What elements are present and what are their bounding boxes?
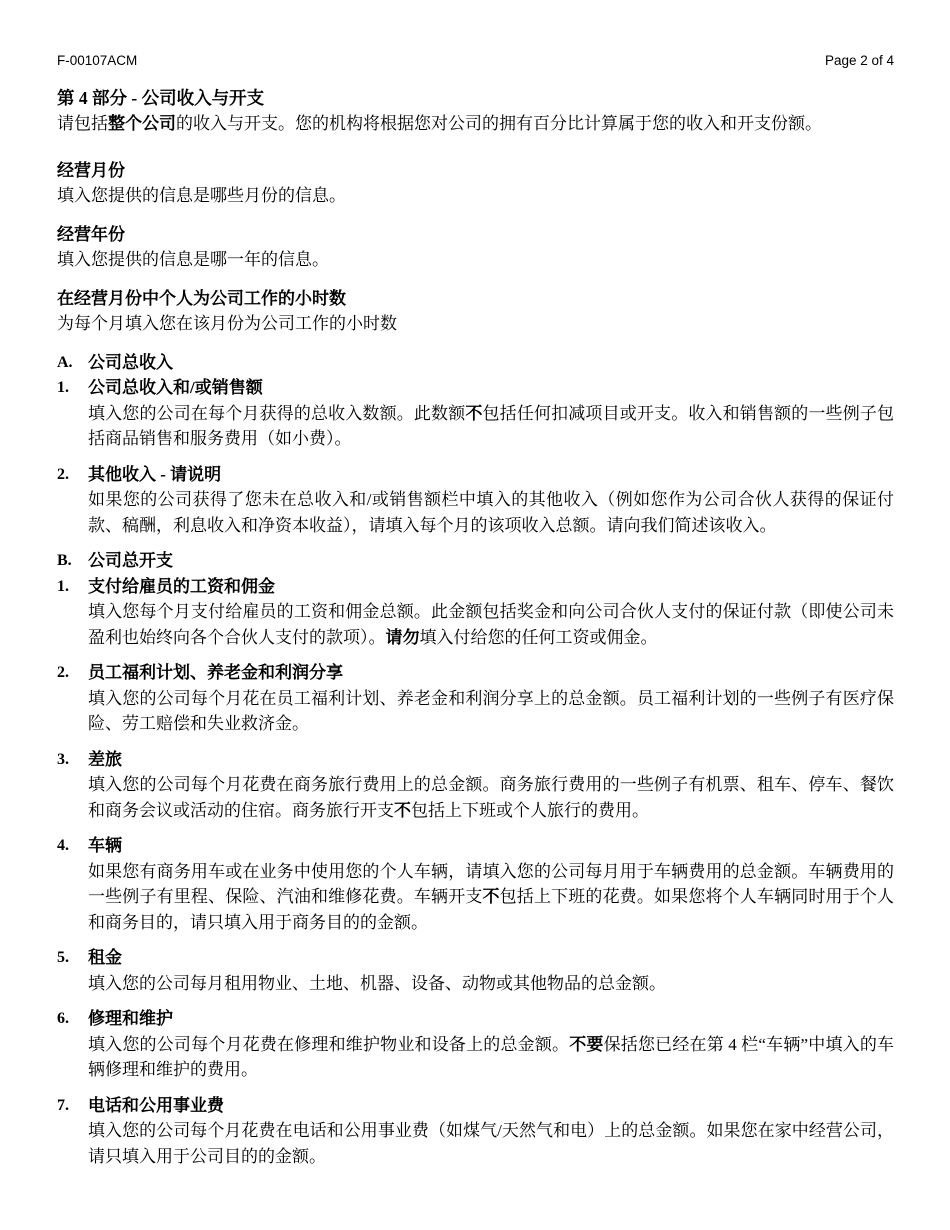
item-text-pre: 填入您的公司每个月花费在修理和维护物业和设备上的总金额。	[88, 1035, 569, 1054]
group-title: 公司总收入	[88, 350, 894, 376]
item-heading: 员工福利计划、养老金和利润分享	[88, 660, 894, 686]
item-label: 2.	[57, 660, 88, 686]
list-item-b4: 4. 车辆 如果您有商务用车或在业务中使用您的个人车辆，请填入您的公司每月用于车…	[57, 833, 894, 935]
item-body: 填入您的公司每个月花在员工福利计划、养老金和利润分享上的总金额。员工福利计划的一…	[88, 686, 894, 737]
field-note-operating-months: 经营月份 填入您提供的信息是哪些月份的信息。	[57, 158, 894, 209]
item-label: 4.	[57, 833, 88, 859]
item-text-pre: 填入您的公司每月租用物业、土地、机器、设备、动物或其他物品的总金额。	[88, 974, 666, 993]
item-text-post: 包括上下班或个人旅行的费用。	[411, 801, 649, 820]
group-heading-b: B. 公司总开支	[57, 548, 894, 574]
intro-text-post: 的收入与开支。您的机构将根据您对公司的拥有百分比计算属于您的收入和开支份额。	[176, 114, 822, 133]
field-note-heading: 经营月份	[57, 158, 894, 184]
item-heading: 公司总收入和/或销售额	[88, 375, 894, 401]
item-label: 1.	[57, 574, 88, 600]
list-item-b1: 1. 支付给雇员的工资和佣金 填入您每个月支付给雇员的工资和佣金总额。此金额包括…	[57, 574, 894, 651]
item-label: 7.	[57, 1093, 88, 1119]
item-heading: 电话和公用事业费	[88, 1093, 894, 1119]
item-label: 6.	[57, 1006, 88, 1032]
group-heading-a: A. 公司总收入	[57, 350, 894, 376]
list-item-b3: 3. 差旅 填入您的公司每个月花费在商务旅行费用上的总金额。商务旅行费用的一些例…	[57, 747, 894, 824]
item-label: 3.	[57, 747, 88, 773]
list-item-a1: 1. 公司总收入和/或销售额 填入您的公司在每个月获得的总收入数额。此数额不包括…	[57, 375, 894, 452]
document-page: F-00107ACM Page 2 of 4 第 4 部分 - 公司收入与开支 …	[0, 0, 950, 1230]
item-text-bold: 不要	[569, 1035, 603, 1054]
item-body: 填入您的公司每个月花费在商务旅行费用上的总金额。商务旅行费用的一些例子有机票、租…	[88, 772, 894, 823]
group-label: A.	[57, 350, 88, 376]
item-text-pre: 如果您的公司获得了您未在总收入和/或销售额栏中填入的其他收入（例如您作为公司合伙…	[88, 490, 894, 535]
field-note-hours-worked: 在经营月份中个人为公司工作的小时数 为每个月填入您在该月份为公司工作的小时数	[57, 286, 894, 337]
item-body: 填入您的公司每个月花费在修理和维护物业和设备上的总金额。不要保括您已经在第 4 …	[88, 1032, 894, 1083]
item-body: 填入您的公司每月租用物业、土地、机器、设备、动物或其他物品的总金额。	[88, 971, 894, 997]
page-number: Page 2 of 4	[825, 53, 894, 69]
item-label: 2.	[57, 462, 88, 488]
item-heading: 租金	[88, 945, 894, 971]
item-text-pre: 填入您的公司每个月花费在电话和公用事业费（如煤气/天然气和电）上的总金额。如果您…	[88, 1121, 894, 1166]
list-item-b6: 6. 修理和维护 填入您的公司每个月花费在修理和维护物业和设备上的总金额。不要保…	[57, 1006, 894, 1083]
item-text-bold: 不	[394, 801, 411, 820]
item-label: 1.	[57, 375, 88, 401]
group-label: B.	[57, 548, 88, 574]
group-title: 公司总开支	[88, 548, 894, 574]
item-text-bold: 不	[465, 404, 482, 423]
item-body: 如果您的公司获得了您未在总收入和/或销售额栏中填入的其他收入（例如您作为公司合伙…	[88, 487, 894, 538]
item-text-bold: 请勿	[386, 628, 420, 647]
field-note-heading: 经营年份	[57, 222, 894, 248]
field-note-body: 填入您提供的信息是哪些月份的信息。	[57, 183, 894, 209]
item-label: 5.	[57, 945, 88, 971]
form-number: F-00107ACM	[57, 53, 137, 69]
item-text-pre: 填入您的公司每个月花在员工福利计划、养老金和利润分享上的总金额。员工福利计划的一…	[88, 689, 894, 734]
item-body: 填入您每个月支付给雇员的工资和佣金总额。此金额包括奖金和向公司合伙人支付的保证付…	[88, 599, 894, 650]
item-text-bold: 不	[483, 887, 500, 906]
item-text-pre: 填入您的公司在每个月获得的总收入数额。此数额	[88, 404, 465, 423]
intro-text-bold: 整个公司	[108, 114, 176, 133]
field-note-heading: 在经营月份中个人为公司工作的小时数	[57, 286, 894, 312]
item-heading: 其他收入 - 请说明	[88, 462, 894, 488]
list-item-b7: 7. 电话和公用事业费 填入您的公司每个月花费在电话和公用事业费（如煤气/天然气…	[57, 1093, 894, 1170]
item-heading: 车辆	[88, 833, 894, 859]
intro-text-pre: 请包括	[57, 114, 108, 133]
item-text-post: 填入付给您的任何工资或佣金。	[420, 628, 658, 647]
item-heading: 差旅	[88, 747, 894, 773]
item-heading: 修理和维护	[88, 1006, 894, 1032]
page-header: F-00107ACM Page 2 of 4	[57, 53, 894, 69]
section-title: 第 4 部分 - 公司收入与开支	[57, 86, 894, 111]
item-body: 填入您的公司在每个月获得的总收入数额。此数额不包括任何扣减项目或开支。收入和销售…	[88, 401, 894, 452]
list-item-a2: 2. 其他收入 - 请说明 如果您的公司获得了您未在总收入和/或销售额栏中填入的…	[57, 462, 894, 539]
item-body: 填入您的公司每个月花费在电话和公用事业费（如煤气/天然气和电）上的总金额。如果您…	[88, 1118, 894, 1169]
intro-paragraph: 请包括整个公司的收入与开支。您的机构将根据您对公司的拥有百分比计算属于您的收入和…	[57, 111, 894, 137]
field-note-body: 填入您提供的信息是哪一年的信息。	[57, 247, 894, 273]
list-item-b2: 2. 员工福利计划、养老金和利润分享 填入您的公司每个月花在员工福利计划、养老金…	[57, 660, 894, 737]
item-body: 如果您有商务用车或在业务中使用您的个人车辆，请填入您的公司每月用于车辆费用的总金…	[88, 859, 894, 936]
item-heading: 支付给雇员的工资和佣金	[88, 574, 894, 600]
field-note-body: 为每个月填入您在该月份为公司工作的小时数	[57, 311, 894, 337]
list-item-b5: 5. 租金 填入您的公司每月租用物业、土地、机器、设备、动物或其他物品的总金额。	[57, 945, 894, 996]
field-note-operating-year: 经营年份 填入您提供的信息是哪一年的信息。	[57, 222, 894, 273]
